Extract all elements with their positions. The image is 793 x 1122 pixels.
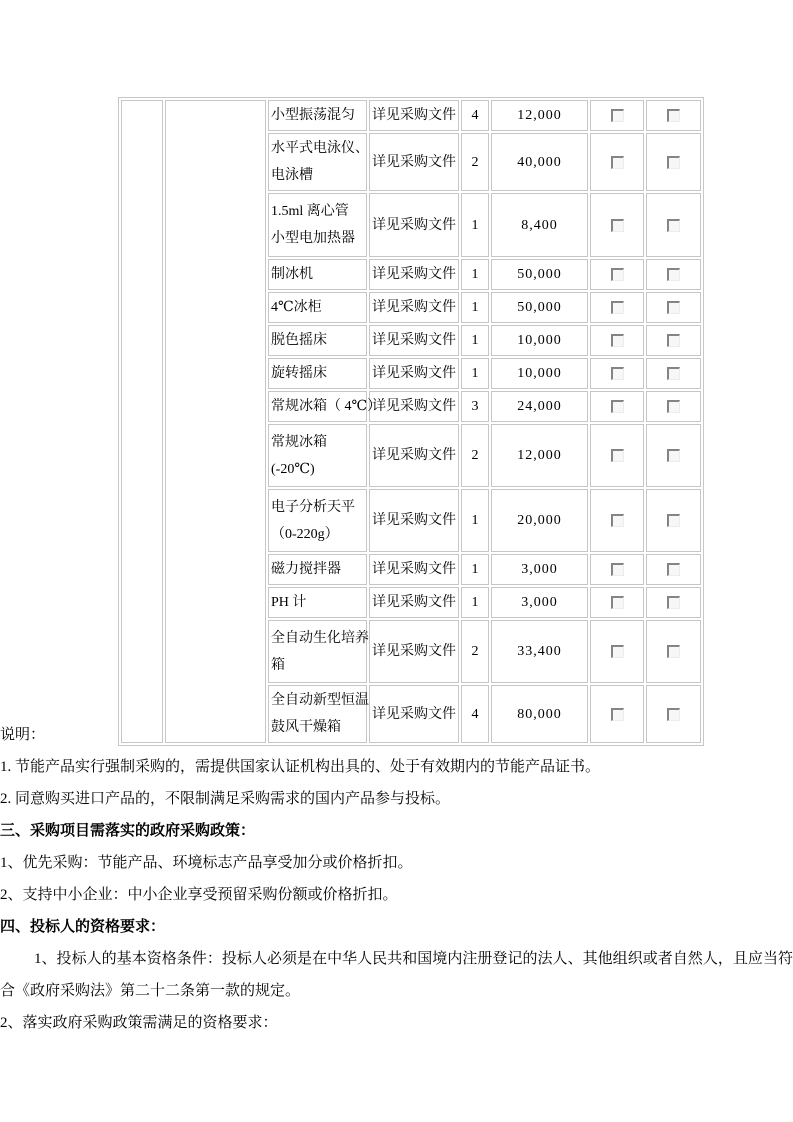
checkbox-cell — [590, 100, 644, 131]
qualification-item-2: 2、落实政府采购政策需满足的资格要求： — [0, 1007, 793, 1039]
quantity-cell: 1 — [461, 489, 489, 552]
checkbox-cell — [590, 133, 644, 191]
price-cell: 20,000 — [491, 489, 588, 552]
item-name-cell: 小型振荡混匀 — [268, 100, 367, 131]
checkbox-cell — [646, 358, 701, 389]
checkbox-cell — [646, 133, 701, 191]
price-cell: 3,000 — [491, 554, 588, 585]
checkbox-unchecked-icon[interactable] — [667, 514, 680, 527]
checkbox-unchecked-icon[interactable] — [667, 645, 680, 658]
checkbox-cell — [590, 554, 644, 585]
checkbox-unchecked-icon[interactable] — [667, 563, 680, 576]
qualification-item-1: 1、投标人的基本资格条件：投标人必须是在中华人民共和国境内注册登记的法人、其他组… — [0, 943, 793, 1007]
checkbox-cell — [590, 587, 644, 618]
note-item-2: 2. 同意购买进口产品的，不限制满足采购需求的国内产品参与投标。 — [0, 783, 793, 815]
price-cell: 10,000 — [491, 325, 588, 356]
price-cell: 50,000 — [491, 259, 588, 290]
checkbox-cell — [646, 489, 701, 552]
checkbox-unchecked-icon[interactable] — [611, 156, 624, 169]
checkbox-unchecked-icon[interactable] — [667, 219, 680, 232]
checkbox-unchecked-icon[interactable] — [667, 268, 680, 281]
detail-cell: 详见采购文件 — [369, 620, 459, 683]
detail-cell: 详见采购文件 — [369, 193, 459, 257]
item-name-cell: 制冰机 — [268, 259, 367, 290]
checkbox-unchecked-icon[interactable] — [611, 367, 624, 380]
note-item-1: 1. 节能产品实行强制采购的，需提供国家认证机构出具的、处于有效期内的节能产品证… — [0, 751, 793, 783]
checkbox-cell — [646, 193, 701, 257]
item-name-cell: 电子分析天平 （0-220g） — [268, 489, 367, 552]
detail-cell: 详见采购文件 — [369, 292, 459, 323]
quantity-cell: 3 — [461, 391, 489, 422]
price-cell: 3,000 — [491, 587, 588, 618]
detail-cell: 详见采购文件 — [369, 133, 459, 191]
quantity-cell: 1 — [461, 554, 489, 585]
policy-item-1: 1、优先采购：节能产品、环境标志产品享受加分或价格折扣。 — [0, 847, 793, 879]
checkbox-unchecked-icon[interactable] — [611, 514, 624, 527]
price-cell: 33,400 — [491, 620, 588, 683]
notes-and-sections: 说明： 1. 节能产品实行强制采购的，需提供国家认证机构出具的、处于有效期内的节… — [0, 711, 793, 1039]
section-policy-heading: 三、采购项目需落实的政府采购政策： — [0, 815, 793, 847]
checkbox-unchecked-icon[interactable] — [611, 109, 624, 122]
quantity-cell: 1 — [461, 587, 489, 618]
detail-cell: 详见采购文件 — [369, 100, 459, 131]
checkbox-unchecked-icon[interactable] — [611, 449, 624, 462]
item-name-cell: 常规冰箱 (-20℃) — [268, 424, 367, 487]
quantity-cell: 1 — [461, 325, 489, 356]
checkbox-unchecked-icon[interactable] — [611, 301, 624, 314]
detail-cell: 详见采购文件 — [369, 587, 459, 618]
checkbox-cell — [590, 620, 644, 683]
checkbox-cell — [646, 292, 701, 323]
quantity-cell: 2 — [461, 424, 489, 487]
checkbox-cell — [646, 325, 701, 356]
item-name-cell: 水平式电泳仪、 电泳槽 — [268, 133, 367, 191]
quantity-cell: 1 — [461, 358, 489, 389]
checkbox-unchecked-icon[interactable] — [667, 367, 680, 380]
price-cell: 12,000 — [491, 424, 588, 487]
procurement-items-table: 小型振荡混匀详见采购文件412,000水平式电泳仪、 电泳槽详见采购文件240,… — [118, 97, 704, 746]
checkbox-cell — [590, 259, 644, 290]
detail-cell: 详见采购文件 — [369, 489, 459, 552]
detail-cell: 详见采购文件 — [369, 325, 459, 356]
item-name-cell: PH 计 — [268, 587, 367, 618]
checkbox-unchecked-icon[interactable] — [611, 400, 624, 413]
category-cell-empty — [165, 100, 266, 743]
quantity-cell: 4 — [461, 100, 489, 131]
item-name-cell: 1.5ml 离心管 小型电加热器 — [268, 193, 367, 257]
checkbox-unchecked-icon[interactable] — [611, 563, 624, 576]
table-row: 小型振荡混匀详见采购文件412,000 — [121, 100, 701, 131]
price-cell: 8,400 — [491, 193, 588, 257]
item-name-cell: 常规冰箱（ 4℃） — [268, 391, 367, 422]
checkbox-unchecked-icon[interactable] — [611, 645, 624, 658]
document-page: 小型振荡混匀详见采购文件412,000水平式电泳仪、 电泳槽详见采购文件240,… — [0, 0, 793, 1122]
item-name-cell: 磁力搅拌器 — [268, 554, 367, 585]
checkbox-cell — [646, 259, 701, 290]
detail-cell: 详见采购文件 — [369, 424, 459, 487]
quantity-cell: 1 — [461, 259, 489, 290]
price-cell: 50,000 — [491, 292, 588, 323]
item-name-cell: 4℃冰柜 — [268, 292, 367, 323]
price-cell: 40,000 — [491, 133, 588, 191]
checkbox-cell — [646, 391, 701, 422]
checkbox-cell — [590, 424, 644, 487]
price-cell: 10,000 — [491, 358, 588, 389]
checkbox-cell — [646, 587, 701, 618]
checkbox-unchecked-icon[interactable] — [667, 596, 680, 609]
checkbox-cell — [590, 358, 644, 389]
checkbox-unchecked-icon[interactable] — [667, 109, 680, 122]
checkbox-unchecked-icon[interactable] — [611, 219, 624, 232]
quantity-cell: 2 — [461, 620, 489, 683]
item-name-cell: 脱色摇床 — [268, 325, 367, 356]
checkbox-unchecked-icon[interactable] — [667, 156, 680, 169]
item-name-cell: 旋转摇床 — [268, 358, 367, 389]
checkbox-cell — [646, 100, 701, 131]
checkbox-cell — [646, 424, 701, 487]
quantity-cell: 1 — [461, 193, 489, 257]
checkbox-cell — [590, 292, 644, 323]
detail-cell: 详见采购文件 — [369, 259, 459, 290]
checkbox-cell — [590, 193, 644, 257]
item-name-cell: 全自动生化培养 箱 — [268, 620, 367, 683]
detail-cell: 详见采购文件 — [369, 391, 459, 422]
checkbox-cell — [646, 620, 701, 683]
section-qualification-heading: 四、投标人的资格要求： — [0, 911, 793, 943]
price-cell: 24,000 — [491, 391, 588, 422]
checkbox-cell — [590, 391, 644, 422]
price-cell: 12,000 — [491, 100, 588, 131]
detail-cell: 详见采购文件 — [369, 358, 459, 389]
checkbox-unchecked-icon[interactable] — [667, 449, 680, 462]
checkbox-unchecked-icon[interactable] — [667, 334, 680, 347]
serial-cell-empty — [121, 100, 163, 743]
quantity-cell: 1 — [461, 292, 489, 323]
checkbox-unchecked-icon[interactable] — [611, 596, 624, 609]
checkbox-cell — [590, 489, 644, 552]
checkbox-cell — [590, 325, 644, 356]
quantity-cell: 2 — [461, 133, 489, 191]
checkbox-unchecked-icon[interactable] — [667, 400, 680, 413]
notes-label: 说明： — [0, 719, 793, 751]
checkbox-cell — [646, 554, 701, 585]
policy-item-2: 2、支持中小企业：中小企业享受预留采购份额或价格折扣。 — [0, 879, 793, 911]
checkbox-unchecked-icon[interactable] — [611, 334, 624, 347]
detail-cell: 详见采购文件 — [369, 554, 459, 585]
checkbox-unchecked-icon[interactable] — [611, 268, 624, 281]
checkbox-unchecked-icon[interactable] — [667, 301, 680, 314]
